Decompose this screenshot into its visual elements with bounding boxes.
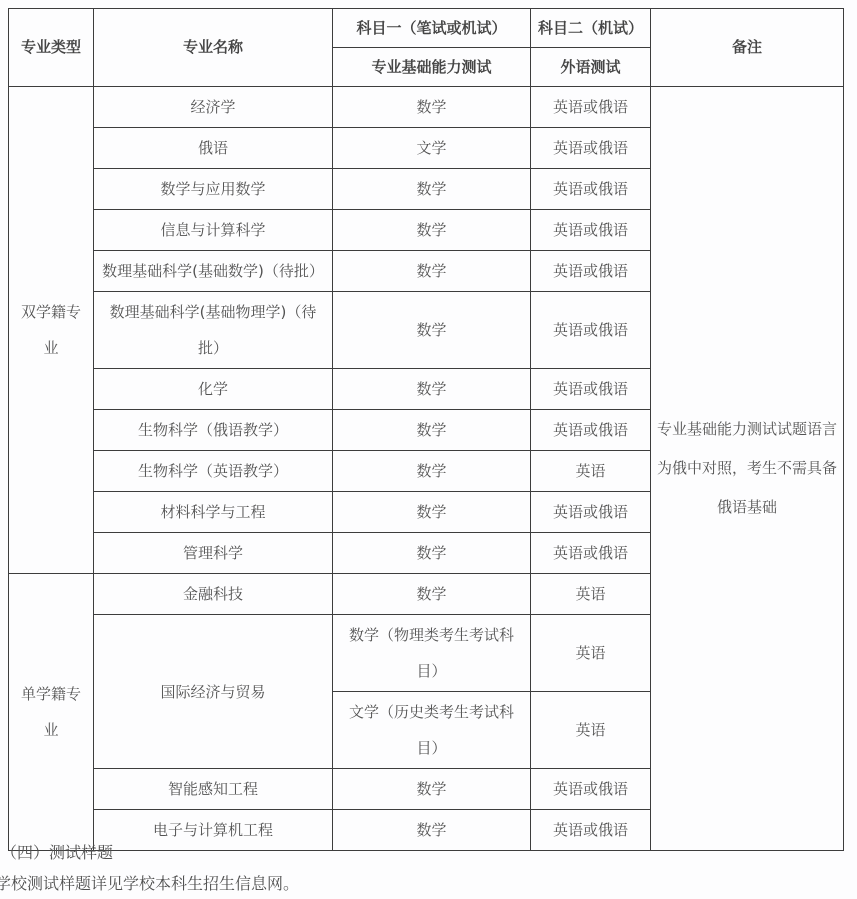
subject1-cell: 文学（历史类考生考试科目） — [333, 692, 531, 769]
major-name-cell: 化学 — [94, 369, 333, 410]
major-name-cell: 金融科技 — [94, 574, 333, 615]
major-type-cell: 双学籍专业 — [9, 87, 94, 574]
major-name-cell: 信息与计算科学 — [94, 210, 333, 251]
table-row: 双学籍专业经济学数学英语或俄语专业基础能力测试试题语言为俄中对照，考生不需具备俄… — [9, 87, 844, 128]
subject1-cell: 数学 — [333, 810, 531, 851]
subject1-cell: 数学 — [333, 251, 531, 292]
subject2-cell: 英语 — [531, 615, 651, 692]
table-body: 双学籍专业经济学数学英语或俄语专业基础能力测试试题语言为俄中对照，考生不需具备俄… — [9, 87, 844, 851]
major-name-cell: 生物科学（俄语教学） — [94, 410, 333, 451]
subject1-cell: 数学 — [333, 410, 531, 451]
subject1-cell: 数学 — [333, 451, 531, 492]
note-text: 学校测试样题详见学校本科生招生信息网。 — [0, 871, 299, 894]
header-subject2: 科目二（机试） — [531, 9, 651, 48]
subject2-cell: 英语或俄语 — [531, 292, 651, 369]
subject2-cell: 英语或俄语 — [531, 251, 651, 292]
major-name-cell: 俄语 — [94, 128, 333, 169]
subject2-cell: 英语或俄语 — [531, 128, 651, 169]
subject1-cell: 数学 — [333, 210, 531, 251]
subject2-cell: 英语或俄语 — [531, 410, 651, 451]
major-name-cell: 经济学 — [94, 87, 333, 128]
major-name-cell: 数理基础科学(基础物理学)（待批） — [94, 292, 333, 369]
major-name-cell: 智能感知工程 — [94, 769, 333, 810]
subject1-cell: 数学 — [333, 492, 531, 533]
major-name-cell: 数理基础科学(基础数学)（待批） — [94, 251, 333, 292]
subject2-cell: 英语或俄语 — [531, 169, 651, 210]
subject2-cell: 英语或俄语 — [531, 369, 651, 410]
subject2-cell: 英语 — [531, 692, 651, 769]
major-name-cell: 数学与应用数学 — [94, 169, 333, 210]
subject1-cell: 数学（物理类考生考试科目） — [333, 615, 531, 692]
subject1-cell: 数学 — [333, 533, 531, 574]
subject1-cell: 数学 — [333, 169, 531, 210]
subject2-cell: 英语 — [531, 574, 651, 615]
subject1-cell: 数学 — [333, 369, 531, 410]
major-name-cell: 材料科学与工程 — [94, 492, 333, 533]
major-name-cell: 电子与计算机工程 — [94, 810, 333, 851]
subject2-cell: 英语或俄语 — [531, 769, 651, 810]
major-name-cell: 生物科学（英语教学） — [94, 451, 333, 492]
subject1-cell: 数学 — [333, 292, 531, 369]
header-subject1-sub: 专业基础能力测试 — [333, 48, 531, 87]
subject2-cell: 英语或俄语 — [531, 87, 651, 128]
section-heading: （四）测试样题 — [1, 840, 113, 863]
remark-cell: 专业基础能力测试试题语言为俄中对照，考生不需具备俄语基础 — [651, 87, 844, 851]
document-page: 专业类型 专业名称 科目一（笔试或机试） 科目二（机试） 备注 专业基础能力测试… — [0, 0, 857, 899]
subject2-cell: 英语或俄语 — [531, 810, 651, 851]
header-major-name: 专业名称 — [94, 9, 333, 87]
major-name-cell: 国际经济与贸易 — [94, 615, 333, 769]
header-row-1: 专业类型 专业名称 科目一（笔试或机试） 科目二（机试） 备注 — [9, 9, 844, 48]
header-subject2-sub: 外语测试 — [531, 48, 651, 87]
subject1-cell: 数学 — [333, 574, 531, 615]
header-remark: 备注 — [651, 9, 844, 87]
major-type-cell: 单学籍专业 — [9, 574, 94, 851]
major-name-cell: 管理科学 — [94, 533, 333, 574]
subject1-cell: 数学 — [333, 87, 531, 128]
subject1-cell: 数学 — [333, 769, 531, 810]
admission-exam-table: 专业类型 专业名称 科目一（笔试或机试） 科目二（机试） 备注 专业基础能力测试… — [8, 8, 844, 851]
subject2-cell: 英语 — [531, 451, 651, 492]
subject2-cell: 英语或俄语 — [531, 210, 651, 251]
subject2-cell: 英语或俄语 — [531, 533, 651, 574]
header-major-type: 专业类型 — [9, 9, 94, 87]
subject2-cell: 英语或俄语 — [531, 492, 651, 533]
subject1-cell: 文学 — [333, 128, 531, 169]
header-subject1: 科目一（笔试或机试） — [333, 9, 531, 48]
